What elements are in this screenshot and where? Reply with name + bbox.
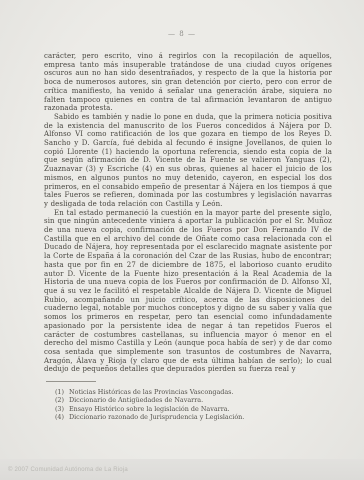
footnote-text: Ensayo Histórico sobre la legislación de… [69, 405, 332, 413]
text-block: carácter, pero escrito, vino á regirlos … [44, 52, 332, 422]
footnote-text: Diccionario razonado de Jurisprudencia y… [69, 413, 332, 421]
footnote-number: (1) [50, 388, 64, 396]
scanned-book-page: — 8 — carácter, pero escrito, vino á reg… [0, 0, 364, 480]
footnote-number: (4) [50, 413, 64, 421]
footnote-item: (3) Ensayo Histórico sobre la legislació… [50, 405, 332, 413]
footnote-item: (4) Diccionario razonado de Jurisprudenc… [50, 413, 332, 421]
footnote-number: (2) [50, 396, 64, 404]
footnote-item: (1) Noticias Históricas de las Provincia… [50, 388, 332, 396]
footnote-number: (3) [50, 405, 64, 413]
footnote-separator [46, 381, 96, 382]
paragraph: Sabido es también y nadie lo pone en dud… [44, 113, 332, 209]
paragraph-continuation: carácter, pero escrito, vino á regirlos … [44, 52, 332, 113]
footnote-item: (2) Diccionario de Antigüedades de Navar… [50, 396, 332, 404]
footnotes: (1) Noticias Históricas de las Provincia… [44, 388, 332, 422]
footnote-text: Noticias Históricas de las Provincias Va… [69, 388, 332, 396]
copyright-watermark: © 2007 Comunidad Autónoma de La Rioja [8, 467, 128, 473]
page-number: — 8 — [0, 30, 364, 38]
footnote-text: Diccionario de Antigüedades de Navarra. [69, 396, 332, 404]
paragraph: En tal estado permaneció la cuestión en … [44, 209, 332, 374]
